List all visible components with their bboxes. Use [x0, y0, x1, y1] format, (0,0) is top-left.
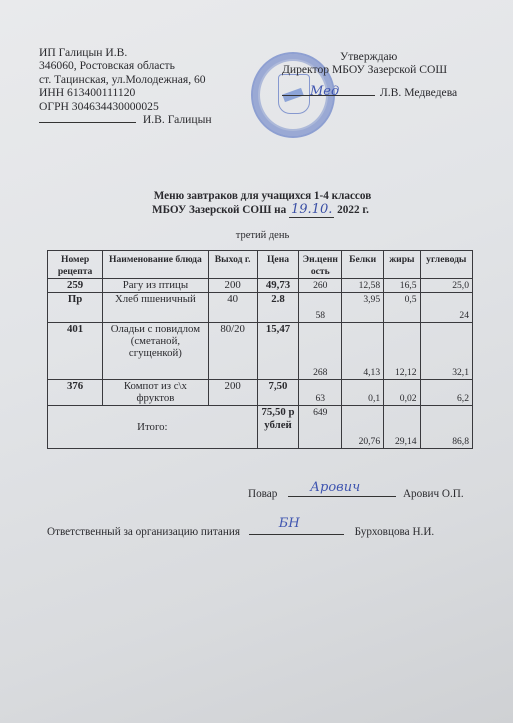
signature-line: Арович	[288, 486, 396, 497]
total-carbs: 86,8	[420, 406, 472, 449]
recipe-number: Пр	[48, 293, 103, 323]
recipe-number: 259	[48, 279, 103, 293]
document-page: ИП Галицын И.В. 346060, Ростовская облас…	[0, 0, 513, 723]
director-position: Директор МБОУ Зазерской СОШ	[282, 63, 457, 76]
protein: 3,95	[342, 293, 384, 323]
dish-name: Компот из с\х фруктов	[103, 380, 208, 406]
entrepreneur-signature-row: И.В. Галицын	[39, 113, 212, 126]
signature-line	[39, 122, 136, 123]
cook-label: Повар	[248, 488, 277, 500]
price: 7,50	[257, 380, 299, 406]
header-protein: Белки	[342, 251, 384, 279]
recipe-number: 376	[48, 380, 103, 406]
year: 2022 г.	[337, 204, 369, 216]
energy: 260	[299, 279, 342, 293]
entrepreneur-details: ИП Галицын И.В. 346060, Ростовская облас…	[39, 46, 212, 126]
protein: 4,13	[342, 323, 384, 380]
total-protein: 20,76	[342, 406, 384, 449]
protein: 12,58	[342, 279, 384, 293]
entrepreneur-ogrn: ОГРН 304634430000025	[39, 100, 212, 113]
entrepreneur-address-street: ст. Тацинская, ул.Молодежная, 60	[39, 73, 212, 86]
carbs: 25,0	[420, 279, 472, 293]
energy: 268	[299, 323, 342, 380]
table-header-row: Номер рецепта Наименование блюда Выход г…	[48, 251, 473, 279]
price: 49,73	[257, 279, 299, 293]
entrepreneur-inn: ИНН 613400111120	[39, 86, 212, 99]
menu-title: Меню завтраков для учащихся 1-4 классов	[6, 190, 513, 203]
header-carbs: углеводы	[420, 251, 472, 279]
menu-title-school-date: МБОУ Зазерской СОШ на 19.10. 2022 г.	[4, 203, 513, 217]
dish-name: Рагу из птицы	[103, 279, 208, 293]
dish-name: Хлеб пшеничный	[103, 293, 208, 323]
fat: 12,12	[384, 323, 420, 380]
energy: 63	[299, 380, 342, 406]
yield: 80/20	[208, 323, 257, 380]
header-dish-name: Наименование блюда	[103, 251, 208, 279]
handwritten-date: 19.10.	[289, 202, 334, 218]
total-energy: 649	[299, 406, 342, 449]
responsible-label: Ответственный за организацию питания	[47, 526, 240, 538]
price: 15,47	[257, 323, 299, 380]
total-price: 75,50 рублей	[257, 406, 299, 449]
header-recipe-number: Номер рецепта	[48, 251, 103, 279]
total-fat: 29,14	[384, 406, 420, 449]
director-handwritten-signature: Мед	[310, 85, 339, 98]
fat: 16,5	[384, 279, 420, 293]
cook-signature-row: Повар Арович Арович О.П.	[248, 486, 464, 500]
menu-day: третий день	[0, 230, 513, 241]
cook-name: Арович О.П.	[403, 488, 464, 500]
header-yield: Выход г.	[208, 251, 257, 279]
entrepreneur-name: ИП Галицын И.В.	[39, 46, 212, 59]
fat: 0,5	[384, 293, 420, 323]
entrepreneur-signatory: И.В. Галицын	[143, 113, 212, 126]
carbs: 32,1	[420, 323, 472, 380]
dish-name: Оладьи с повидлом (сметаной, сгущенкой)	[103, 323, 208, 380]
table-row: 401 Оладьи с повидлом (сметаной, сгущенк…	[48, 323, 473, 380]
entrepreneur-address-region: 346060, Ростовская область	[39, 59, 212, 72]
carbs: 6,2	[420, 380, 472, 406]
responsible-handwritten-signature: БН	[279, 516, 300, 531]
yield: 40	[208, 293, 257, 323]
cook-handwritten-signature: Арович	[310, 480, 360, 495]
header-fat: жиры	[384, 251, 420, 279]
yield: 200	[208, 279, 257, 293]
responsible-name: Бурховцова Н.И.	[355, 526, 435, 538]
recipe-number: 401	[48, 323, 103, 380]
total-label: Итого:	[48, 406, 258, 449]
yield: 200	[208, 380, 257, 406]
approval-block: Утверждаю Директор МБОУ Зазерской СОШ Ме…	[282, 50, 457, 99]
header-price: Цена	[257, 251, 299, 279]
signature-line: Мед	[282, 95, 375, 96]
menu-table: Номер рецепта Наименование блюда Выход г…	[47, 250, 473, 449]
carbs: 24	[420, 293, 472, 323]
table-total-row: Итого: 75,50 рублей 649 20,76 29,14 86,8	[48, 406, 473, 449]
director-signatory: Л.В. Медведева	[380, 86, 457, 99]
protein: 0,1	[342, 380, 384, 406]
table-row: 376 Компот из с\х фруктов 200 7,50 63 0,…	[48, 380, 473, 406]
school-name: МБОУ Зазерской СОШ на	[152, 204, 286, 216]
energy: 58	[299, 293, 342, 323]
approve-label: Утверждаю	[282, 50, 457, 63]
table-row: Пр Хлеб пшеничный 40 2.8 58 3,95 0,5 24	[48, 293, 473, 323]
fat: 0,02	[384, 380, 420, 406]
header-energy: Эн.ценн ость	[299, 251, 342, 279]
responsible-signature-row: Ответственный за организацию питания БН …	[47, 524, 434, 538]
signature-line: БН	[249, 524, 344, 535]
price: 2.8	[257, 293, 299, 323]
director-signature-row: Мед Л.В. Медведева	[282, 86, 457, 99]
table-row: 259 Рагу из птицы 200 49,73 260 12,58 16…	[48, 279, 473, 293]
